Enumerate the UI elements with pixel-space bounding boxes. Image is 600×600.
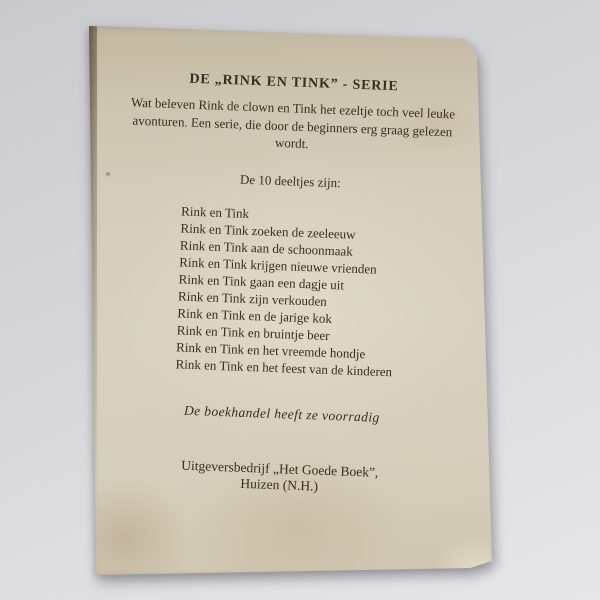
cover-text: DE „RINK EN TINK” - SERIE Wat beleven Ri… xyxy=(73,24,482,500)
list-heading: De 10 deeltjes zijn: xyxy=(104,165,476,196)
availability-note: De boekhandel heeft ze voorradig xyxy=(96,398,468,429)
book-back-cover: DE „RINK EN TINK” - SERIE Wat beleven Ri… xyxy=(0,0,600,600)
titles-list: Rink en Tink Rink en Tink zoeken de zeel… xyxy=(175,202,475,383)
book-shadow: DE „RINK EN TINK” - SERIE Wat beleven Ri… xyxy=(0,0,600,600)
intro-text: Wat beleven Rink de clown en Tink het ez… xyxy=(106,93,480,159)
photo-scene: DE „RINK EN TINK” - SERIE Wat beleven Ri… xyxy=(0,0,600,600)
series-title: DE „RINK EN TINK” - SERIE xyxy=(108,25,482,98)
